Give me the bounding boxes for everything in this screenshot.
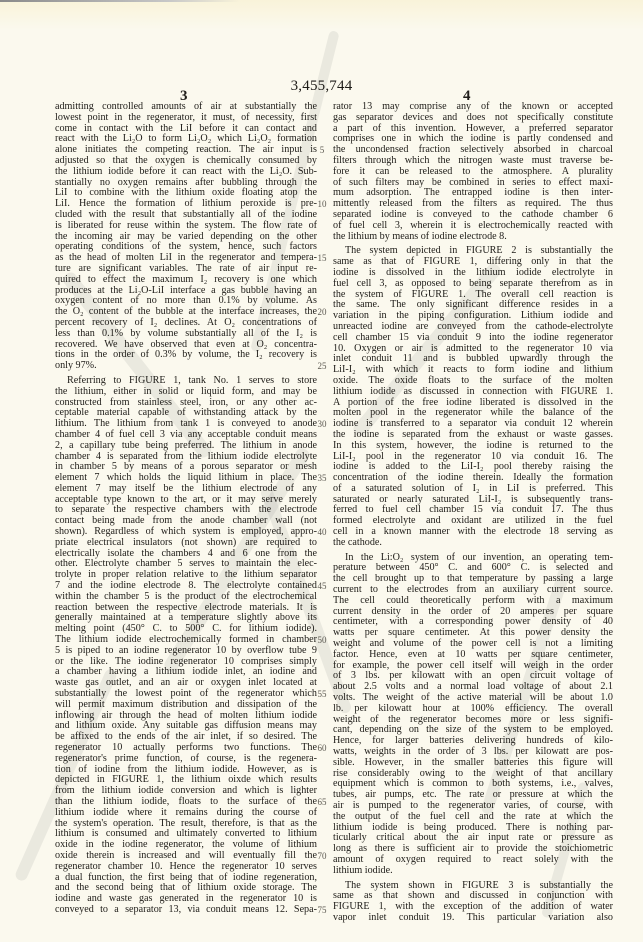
left-text-column: admitting controlled amounts of air at s… [55,102,317,916]
text-line: regenerator's prime function, of course,… [55,754,317,765]
line-number: 25 [313,361,331,371]
text-line: the lithium by means of iodine electrode… [333,232,613,243]
text-line: vapor inlet conduit 19. This particular … [333,913,613,924]
text-line: is liberated for reuse within the system… [55,221,317,232]
scan-top-edge [0,0,643,30]
text-line: lowest point in the regenerator, it must… [55,113,317,124]
text-line: regenerator chamber 10. Hence the regene… [55,862,317,873]
text-line: gas separator devices and does not speci… [333,113,613,124]
line-number: 35 [313,473,331,483]
text-line: the cathode. [333,538,613,549]
text-line: quired to effect the maximum I₂ recovery… [55,275,317,286]
line-number: 40 [313,527,331,537]
text-line: In this system, however, the iodine is r… [333,441,613,452]
text-line: cell chamber 15 via conduit 9 into the i… [333,333,613,344]
line-number: 65 [313,797,331,807]
text-line: 2, a capillary tube being preferred. The… [55,441,317,452]
text-line: fuel cell 3, as opposed to being separat… [333,279,613,290]
text-line: lithium iodide where it remains during t… [55,808,317,819]
text-line: lithium iodide as discussed in connectio… [333,387,613,398]
line-number: 70 [313,851,331,861]
right-text-column: rator 13 may comprise any of the known o… [333,102,613,924]
line-number: 50 [313,635,331,645]
line-number: 75 [313,905,331,915]
text-line: the lithium, either in solid or liquid f… [55,387,317,398]
text-line: the output of the fuel cell and the rate… [333,812,613,823]
text-line: sible. However, in the smaller batteries… [333,758,613,769]
text-line: conveyed to a separator 13, via conduit … [55,905,317,916]
line-number: 60 [313,743,331,753]
text-line: less than 0.1% by volume substantially a… [55,329,317,340]
text-line: of fuel cell 3, wherein it is electroche… [333,221,613,232]
text-line: fore it can be released to the atmospher… [333,167,613,178]
line-number: 10 [313,199,331,209]
line-number: 55 [313,689,331,699]
line-number: 20 [313,307,331,317]
line-number: 15 [313,253,331,263]
text-line: lb. per kilowatt hour at 100% efficiency… [333,704,613,715]
text-line: only 97%. [55,361,317,372]
text-line: lithium iodide. [333,866,613,877]
text-line: will permit maximum distribution and dis… [55,700,317,711]
text-line: the lithium iodide before it can react w… [55,167,317,178]
patent-number: 3,455,744 [0,78,643,95]
line-number: 5 [313,145,331,155]
line-number: 30 [313,419,331,429]
line-number: 45 [313,581,331,591]
